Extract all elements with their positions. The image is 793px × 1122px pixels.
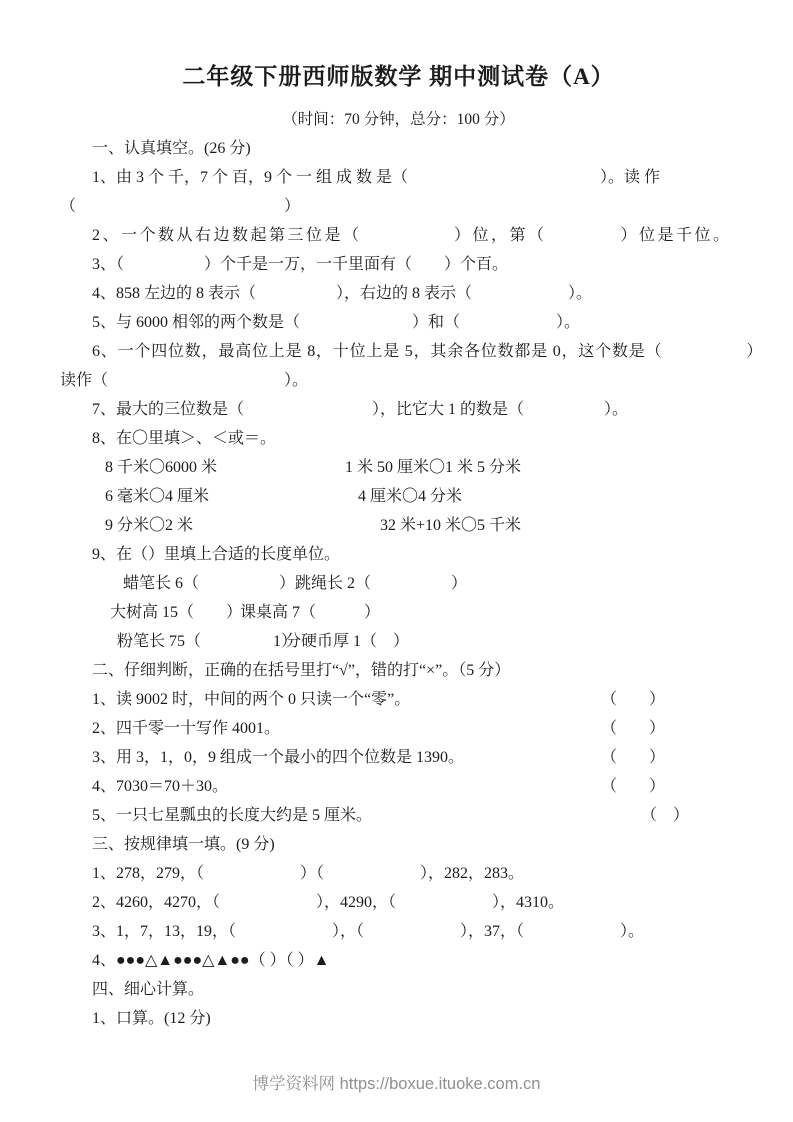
judge-bracket: （ ）	[601, 772, 665, 801]
unit-right: 1 分硬币厚 1（ ）	[273, 627, 409, 656]
unit-right: 课桌高 7（ ）	[240, 598, 380, 627]
s2-judge-row: 3、用 3，1，0，9 组成一个最小的四个位数是 1390。 （ ）	[60, 743, 737, 772]
section-2-heading: 二、仔细判断，正确的在括号里打“√”，错的打“×”。（5 分）	[60, 656, 737, 685]
s1-q6-line1: 6、一个四位数，最高位上是 8，十位上是 5，其余各位数都是 0，这个数是（ ）	[60, 337, 737, 366]
judge-text: 1、读 9002 时，中间的两个 0 只读一个“零”。	[60, 685, 410, 714]
s1-q8-heading: 8、在〇里填＞、＜或＝。	[60, 424, 737, 453]
unit-left: 大树高 15（ ）	[110, 598, 240, 627]
s2-judge-row: 4、7030＝70＋30。 （ ）	[60, 772, 737, 801]
judge-bracket: （ ）	[601, 743, 665, 772]
s4-q1: 1、口算。(12 分)	[60, 1004, 737, 1033]
page-title: 二年级下册西师版数学 期中测试卷（A）	[60, 60, 737, 94]
s3-q2: 2、4260，4270，（ ），4290，（ ），4310。	[60, 888, 737, 917]
judge-text: 2、四千零一十写作 4001。	[60, 714, 280, 743]
exam-paper: 二年级下册西师版数学 期中测试卷（A） （时间：70 分钟，总分：100 分） …	[0, 0, 793, 1122]
s3-q4-pattern: 4、●●●△▲●●●△▲●●（ ）（ ）▲	[60, 946, 737, 975]
judge-text: 3、用 3，1，0，9 组成一个最小的四个位数是 1390。	[60, 743, 464, 772]
section-1-heading: 一、认真填空。(26 分)	[60, 134, 737, 163]
s3-q3: 3、1，7，13，19，（ ），（ ），37，（ ）。	[60, 917, 737, 946]
s1-q2: 2、一个数从右边数起第三位是（ ）位，第（ ）位是千位。	[60, 221, 737, 250]
site-footer: 博学资料网 https://boxue.ituoke.com.cn	[0, 1070, 793, 1094]
s1-q1-line2: （ ）	[60, 192, 737, 221]
judge-bracket: （ ）	[601, 714, 665, 743]
s1-q5: 5、与 6000 相邻的两个数是（ ）和（ ）。	[60, 308, 737, 337]
page-subtitle: （时间：70 分钟，总分：100 分）	[60, 105, 737, 134]
s1-q9-unit-row: 大树高 15（ ） 课桌高 7（ ）	[60, 598, 737, 627]
s1-q6-line2: 读作（ ）。	[60, 366, 737, 395]
s1-q1-line1: 1、由 3 个 千，7 个 百，9 个 一 组 成 数 是（ ）。读 作	[60, 163, 737, 192]
judge-bracket: （ ）	[601, 685, 665, 714]
s1-q3: 3、（ ）个千是一万，一千里面有（ ）个百。	[60, 250, 737, 279]
section-3-heading: 三、按规律填一填。(9 分)	[60, 830, 737, 859]
unit-left: 蜡笔长 6（ ）	[123, 569, 295, 598]
unit-left: 粉笔长 75（ ）	[117, 627, 273, 656]
s2-judge-row: 1、读 9002 时，中间的两个 0 只读一个“零”。 （ ）	[60, 685, 737, 714]
compare-right: 32 米+10 米〇5 千米	[380, 511, 521, 540]
s1-q9-unit-row: 蜡笔长 6（ ） 跳绳长 2（ ）	[60, 569, 737, 598]
judge-text: 4、7030＝70＋30。	[60, 772, 228, 801]
compare-left: 9 分米〇2 米	[105, 511, 380, 540]
s1-q9-unit-row: 粉笔长 75（ ） 1 分硬币厚 1（ ）	[60, 627, 737, 656]
compare-right: 1 米 50 厘米〇1 米 5 分米	[345, 453, 521, 482]
compare-left: 6 毫米〇4 厘米	[105, 482, 358, 511]
s1-q7: 7、最大的三位数是（ ），比它大 1 的数是（ ）。	[60, 395, 737, 424]
s2-judge-row: 5、一只七星瓢虫的长度大约是 5 厘米。 （ ）	[60, 801, 737, 830]
s1-q4: 4、858 左边的 8 表示（ ），右边的 8 表示（ ）。	[60, 279, 737, 308]
compare-right: 4 厘米〇4 分米	[358, 482, 462, 511]
s1-q8-compare-row: 9 分米〇2 米 32 米+10 米〇5 千米	[60, 511, 737, 540]
unit-right: 跳绳长 2（ ）	[295, 569, 467, 598]
compare-left: 8 千米〇6000 米	[105, 453, 345, 482]
section-4-heading: 四、细心计算。	[60, 975, 737, 1004]
s1-q8-compare-row: 6 毫米〇4 厘米 4 厘米〇4 分米	[60, 482, 737, 511]
s1-q9-heading: 9、在（）里填上合适的长度单位。	[60, 540, 737, 569]
s1-q8-compare-row: 8 千米〇6000 米 1 米 50 厘米〇1 米 5 分米	[60, 453, 737, 482]
judge-bracket: （ ）	[641, 801, 689, 830]
s3-q1: 1、278，279，（ ）（ ），282，283。	[60, 859, 737, 888]
s2-judge-row: 2、四千零一十写作 4001。 （ ）	[60, 714, 737, 743]
judge-text: 5、一只七星瓢虫的长度大约是 5 厘米。	[60, 801, 372, 830]
